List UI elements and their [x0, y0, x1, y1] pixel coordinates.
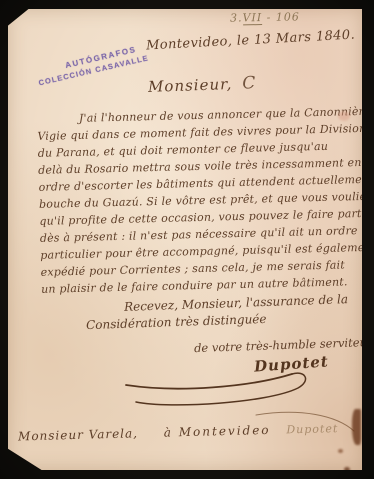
- catalog-note: 3.VII - 106: [230, 10, 300, 24]
- salutation-flourish: C: [242, 73, 257, 93]
- collection-stamp: AUTÓGRAFOS COLECCIÓN CASAVALLE: [35, 43, 149, 88]
- closing-line-2: Considération très distinguée: [86, 312, 267, 332]
- letter-body: J'ai l'honneur de vous annoncer que la C…: [37, 103, 356, 298]
- ink-stain: [338, 449, 343, 453]
- closing-line-3: de votre très-humble serviteur,: [194, 335, 374, 355]
- paper-blemish: [338, 111, 350, 121]
- catalog-note-roman: VII: [242, 11, 262, 25]
- address-pencil-note: Dupotet: [286, 422, 338, 436]
- address-place: à Montevideo: [164, 423, 271, 440]
- scan-background: 3.VII - 106 Montevideo, le 13 Mars 1840.…: [0, 0, 374, 479]
- catalog-note-suffix: - 106: [262, 10, 300, 24]
- ink-stain: [344, 467, 350, 472]
- salutation-text: Monsieur,: [148, 75, 233, 96]
- catalog-note-prefix: 3.: [230, 11, 243, 24]
- salutation: Monsieur,C: [148, 73, 257, 97]
- letter-paper: 3.VII - 106 Montevideo, le 13 Mars 1840.…: [8, 9, 362, 470]
- date-line: Montevideo, le 13 Mars 1840.: [146, 28, 356, 54]
- ink-stain: [352, 409, 361, 445]
- closing-line-1: Recevez, Monsieur, l'assurance de la: [124, 292, 348, 314]
